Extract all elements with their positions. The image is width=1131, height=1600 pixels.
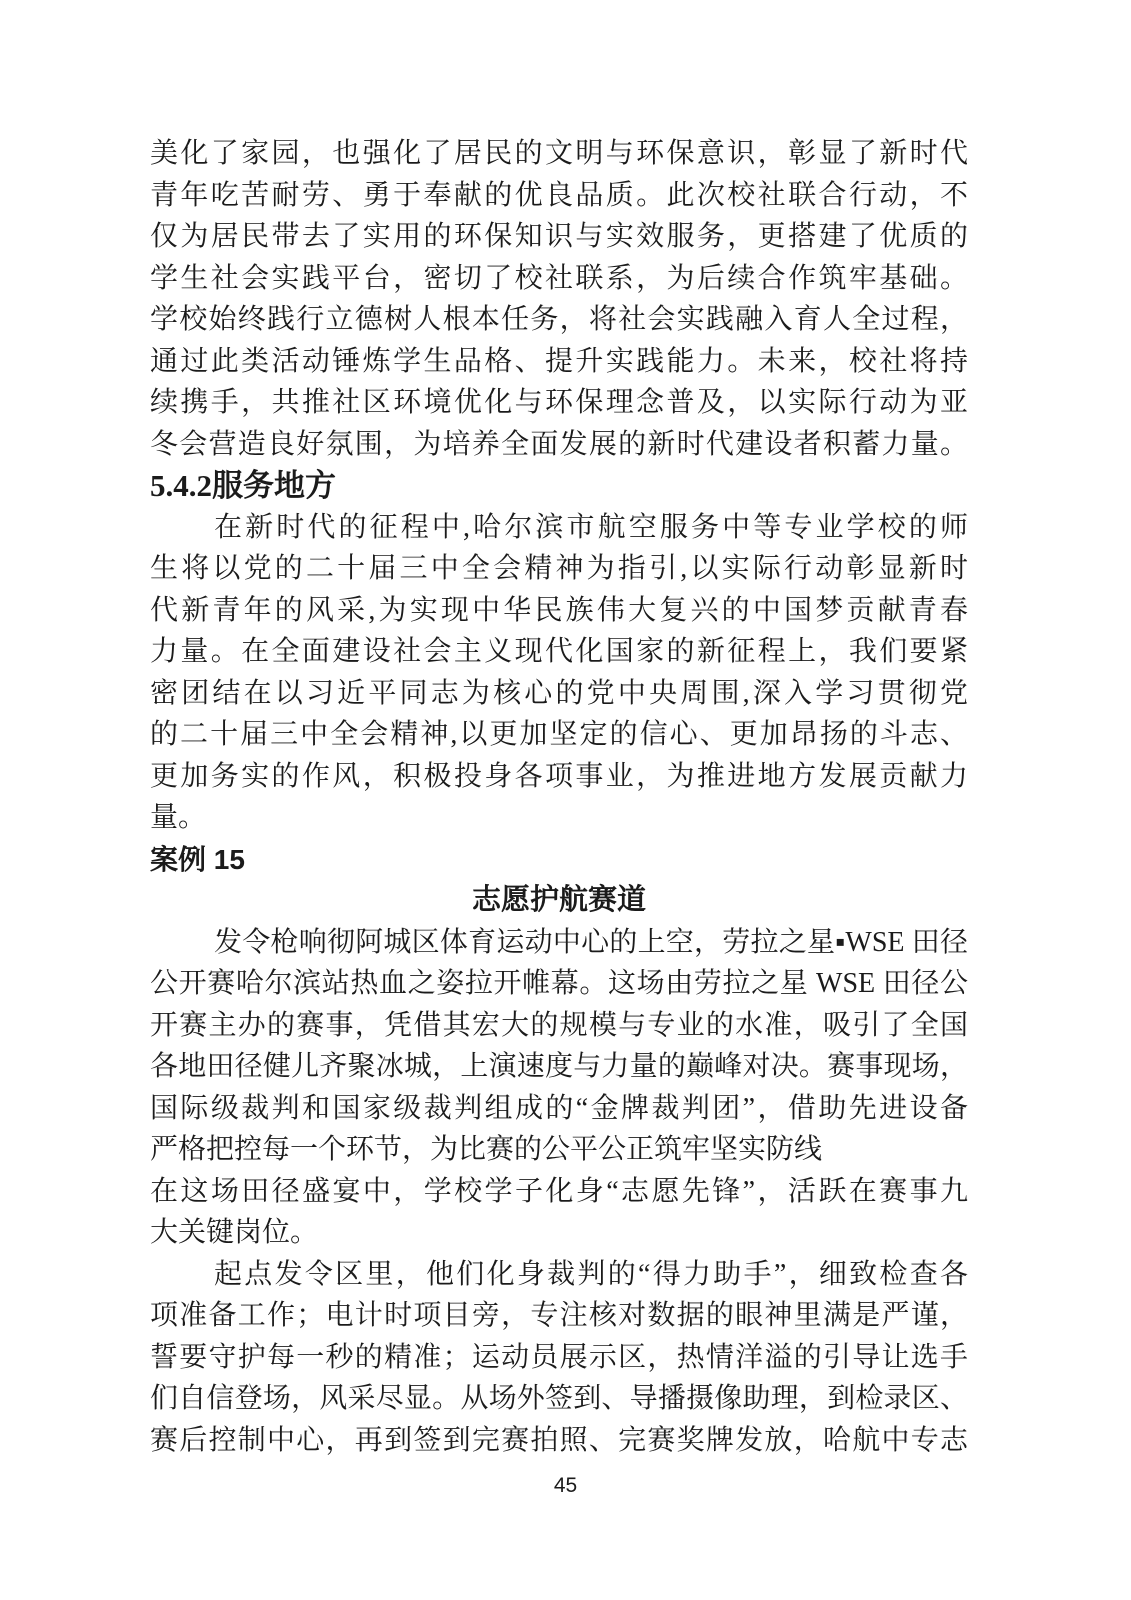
section-heading-542: 5.4.2服务地方 [150,465,968,507]
paragraph-community-service-line: 学生社会实践平台，密切了校社联系，为后续合作筑牢基础。 [150,258,968,300]
paragraph-race-event-line: 国际级裁判和国家级裁判组成的“金牌裁判团”，借助先进设备 [150,1088,968,1130]
case-label: 案例 15 [150,839,968,881]
case-title: 志愿护航赛道 [150,880,968,922]
case-title-line: 志愿护航赛道 [150,880,968,922]
document-content: 美化了家园，也强化了居民的文明与环保意识，彰显了新时代青年吃苦耐劳、勇于奉献的优… [150,133,968,1461]
paragraph-serve-local-line: 力量。在全面建设社会主义现代化国家的新征程上，我们要紧 [150,631,968,673]
page-number: 45 [0,1474,1131,1498]
paragraph-community-service-line: 青年吃苦耐劳、勇于奉献的优良品质。此次校社联合行动，不 [150,175,968,217]
paragraph-serve-local-line: 量。 [150,797,968,839]
paragraph-serve-local: 在新时代的征程中,哈尔滨市航空服务中等专业学校的师生将以党的二十届三中全会精神为… [150,507,968,839]
paragraph-community-service-line: 学校始终践行立德树人根本任务，将社会实践融入育人全过程， [150,299,968,341]
paragraph-volunteer-roles-line: 们自信登场，风采尽显。从场外签到、导播摄像助理，到检录区、 [150,1378,968,1420]
paragraph-serve-local-line: 的二十届三中全会精神,以更加坚定的信心、更加昂扬的斗志、 [150,714,968,756]
paragraph-race-event-line: 发令枪响彻阿城区体育运动中心的上空，劳拉之星▪WSE 田径 [150,922,968,964]
paragraph-serve-local-line: 更加务实的作风，积极投身各项事业，为推进地方发展贡献力 [150,756,968,798]
document-page: 美化了家园，也强化了居民的文明与环保意识，彰显了新时代青年吃苦耐劳、勇于奉献的优… [0,0,1131,1600]
paragraph-community-service: 美化了家园，也强化了居民的文明与环保意识，彰显了新时代青年吃苦耐劳、勇于奉献的优… [150,133,968,465]
paragraph-serve-local-line: 生将以党的二十届三中全会精神为指引,以实际行动彰显新时 [150,548,968,590]
paragraph-community-service-line: 仅为居民带去了实用的环保知识与实效服务，更搭建了优质的 [150,216,968,258]
paragraph-community-service-line: 冬会营造良好氛围，为培养全面发展的新时代建设者积蓄力量。 [150,424,968,466]
paragraph-volunteer-pioneer-line: 大关键岗位。 [150,1212,968,1254]
paragraph-serve-local-line: 密团结在以习近平同志为核心的党中央周围,深入学习贯彻党 [150,673,968,715]
paragraph-serve-local-line: 在新时代的征程中,哈尔滨市航空服务中等专业学校的师 [150,507,968,549]
paragraph-volunteer-pioneer-line: 在这场田径盛宴中，学校学子化身“志愿先锋”，活跃在赛事九 [150,1171,968,1213]
paragraph-volunteer-roles-line: 起点发令区里，他们化身裁判的“得力助手”，细致检查各 [150,1254,968,1296]
paragraph-race-event: 发令枪响彻阿城区体育运动中心的上空，劳拉之星▪WSE 田径公开赛哈尔滨站热血之姿… [150,922,968,1171]
section-heading-542-line: 5.4.2服务地方 [150,465,968,507]
paragraph-volunteer-roles-line: 项准备工作；电计时项目旁，专注核对数据的眼神里满是严谨， [150,1295,968,1337]
paragraph-serve-local-line: 代新青年的风采,为实现中华民族伟大复兴的中国梦贡献青春 [150,590,968,632]
paragraph-volunteer-roles-line: 誓要守护每一秒的精准；运动员展示区，热情洋溢的引导让选手 [150,1337,968,1379]
paragraph-race-event-line: 开赛主办的赛事，凭借其宏大的规模与专业的水准，吸引了全国 [150,1005,968,1047]
paragraph-race-event-line: 公开赛哈尔滨站热血之姿拉开帷幕。这场由劳拉之星 WSE 田径公 [150,963,968,1005]
paragraph-race-event-line: 各地田径健儿齐聚冰城，上演速度与力量的巅峰对决。赛事现场， [150,1046,968,1088]
case-label-line: 案例 15 [150,839,968,881]
paragraph-community-service-line: 美化了家园，也强化了居民的文明与环保意识，彰显了新时代 [150,133,968,175]
paragraph-volunteer-roles-line: 赛后控制中心，再到签到完赛拍照、完赛奖牌发放，哈航中专志 [150,1420,968,1462]
paragraph-race-event-line: 严格把控每一个环节，为比赛的公平公正筑牢坚实防线 [150,1129,968,1171]
paragraph-community-service-line: 通过此类活动锤炼学生品格、提升实践能力。未来，校社将持 [150,341,968,383]
paragraph-volunteer-roles: 起点发令区里，他们化身裁判的“得力助手”，细致检查各项准备工作；电计时项目旁，专… [150,1254,968,1462]
paragraph-volunteer-pioneer: 在这场田径盛宴中，学校学子化身“志愿先锋”，活跃在赛事九大关键岗位。 [150,1171,968,1254]
paragraph-community-service-line: 续携手，共推社区环境优化与环保理念普及，以实际行动为亚 [150,382,968,424]
